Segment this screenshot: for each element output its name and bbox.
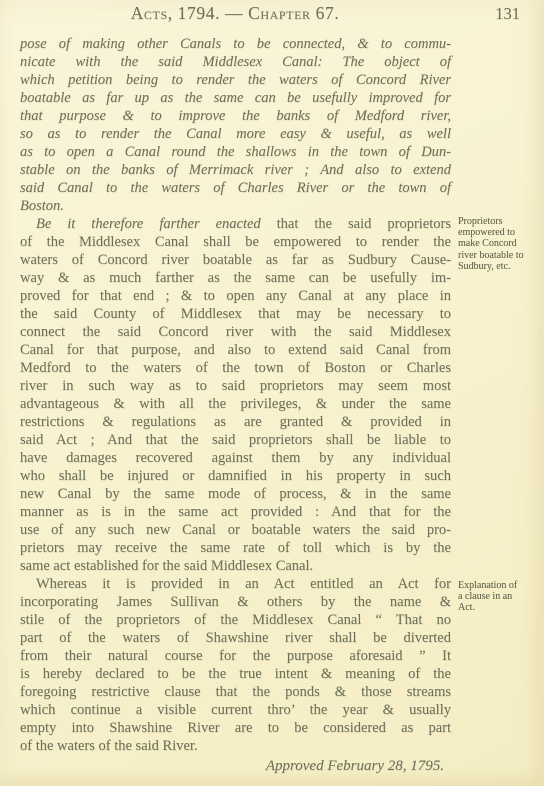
page-header: Acts, 1794. — Chapter 67. 131 <box>0 3 544 27</box>
text-line: Be it therefore farther enacted that the… <box>20 215 451 233</box>
text-line: Canal for that purpose, and also to exte… <box>20 341 451 359</box>
text-line: Boston. <box>20 197 451 215</box>
text-line: which continue a visible current thro’ t… <box>20 701 451 719</box>
text-line: of the Middlesex Canal shall be empowere… <box>20 233 451 251</box>
text-line: waters of Concord river boatable as far … <box>20 251 451 269</box>
text-line: same act established for the said Middle… <box>20 557 451 575</box>
text-line: said Act ; And that the said proprietors… <box>20 431 451 449</box>
text-line: use of any such new Canal or boatable wa… <box>20 521 451 539</box>
running-title: Acts, 1794. — Chapter 67. <box>0 3 470 24</box>
text-line: which petition being to render the water… <box>20 71 451 89</box>
text-line: new Canal by the same mode of process, &… <box>20 485 451 503</box>
text-line: restrictions & regulations as are grante… <box>20 413 451 431</box>
approval-line: Approved February 28, 1795. <box>20 757 444 775</box>
text-line: stable on the banks of Merrimack river ;… <box>20 161 451 179</box>
enacting-clause: Be it therefore farther enacted <box>36 216 261 232</box>
text-line: stile of the proprietors of the Middlese… <box>20 611 451 629</box>
margin-note-proprietors: Proprietors empowered to make Concord ri… <box>458 216 544 272</box>
text-line: who shall be injured or damnified in his… <box>20 467 451 485</box>
text-line: connect the said Concord river with the … <box>20 323 451 341</box>
text-line: boatable as far up as the same can be us… <box>20 89 451 107</box>
text-line: proved for that end ; & to open any Cana… <box>20 287 451 305</box>
text-line: have damages recovered against them by a… <box>20 449 451 467</box>
text-line: is hereby declared to be the true intent… <box>20 665 451 683</box>
text-line: river in such way as to said proprietors… <box>20 377 451 395</box>
text-line: as to open a Canal round the shallows in… <box>20 143 451 161</box>
text-line: empty into Shawshine River are to be con… <box>20 719 451 737</box>
text-line: prietors may receive the same rate of to… <box>20 539 451 557</box>
text-line: pose of making other Canals to be connec… <box>20 35 451 53</box>
page-number: 131 <box>495 4 520 24</box>
text-column: pose of making other Canals to be connec… <box>20 35 451 755</box>
margin-note-explanation: Explanation of a clause in an Act. <box>458 580 544 614</box>
text-line: so as to render the Canal more easy & us… <box>20 125 451 143</box>
text-line: Whereas it is provided in an Act entitle… <box>20 575 451 593</box>
text-line: incorporating James Sullivan & others by… <box>20 593 451 611</box>
text-line: from their natural course for the purpos… <box>20 647 451 665</box>
scanned-document-page: Acts, 1794. — Chapter 67. 131 pose of ma… <box>0 0 544 786</box>
text-line: the said County of Middlesex that may be… <box>20 305 451 323</box>
text-line: advantageous & with all the privileges, … <box>20 395 451 413</box>
text-line: said Canal to the waters of Charles Rive… <box>20 179 451 197</box>
text-line: way & as much farther as the same can be… <box>20 269 451 287</box>
text-line: part of the waters of Shawshine river sh… <box>20 629 451 647</box>
text-line: nicate with the said Middlesex Canal: Th… <box>20 53 451 71</box>
text-line: manner as is in the same act provided : … <box>20 503 451 521</box>
text-line: that purpose & to improve the banks of M… <box>20 107 451 125</box>
text-line: foregoing restrictive clause that the po… <box>20 683 451 701</box>
text-line: Medford to the waters of the town of Bos… <box>20 359 451 377</box>
text-line: of the waters of the said River. <box>20 737 451 755</box>
